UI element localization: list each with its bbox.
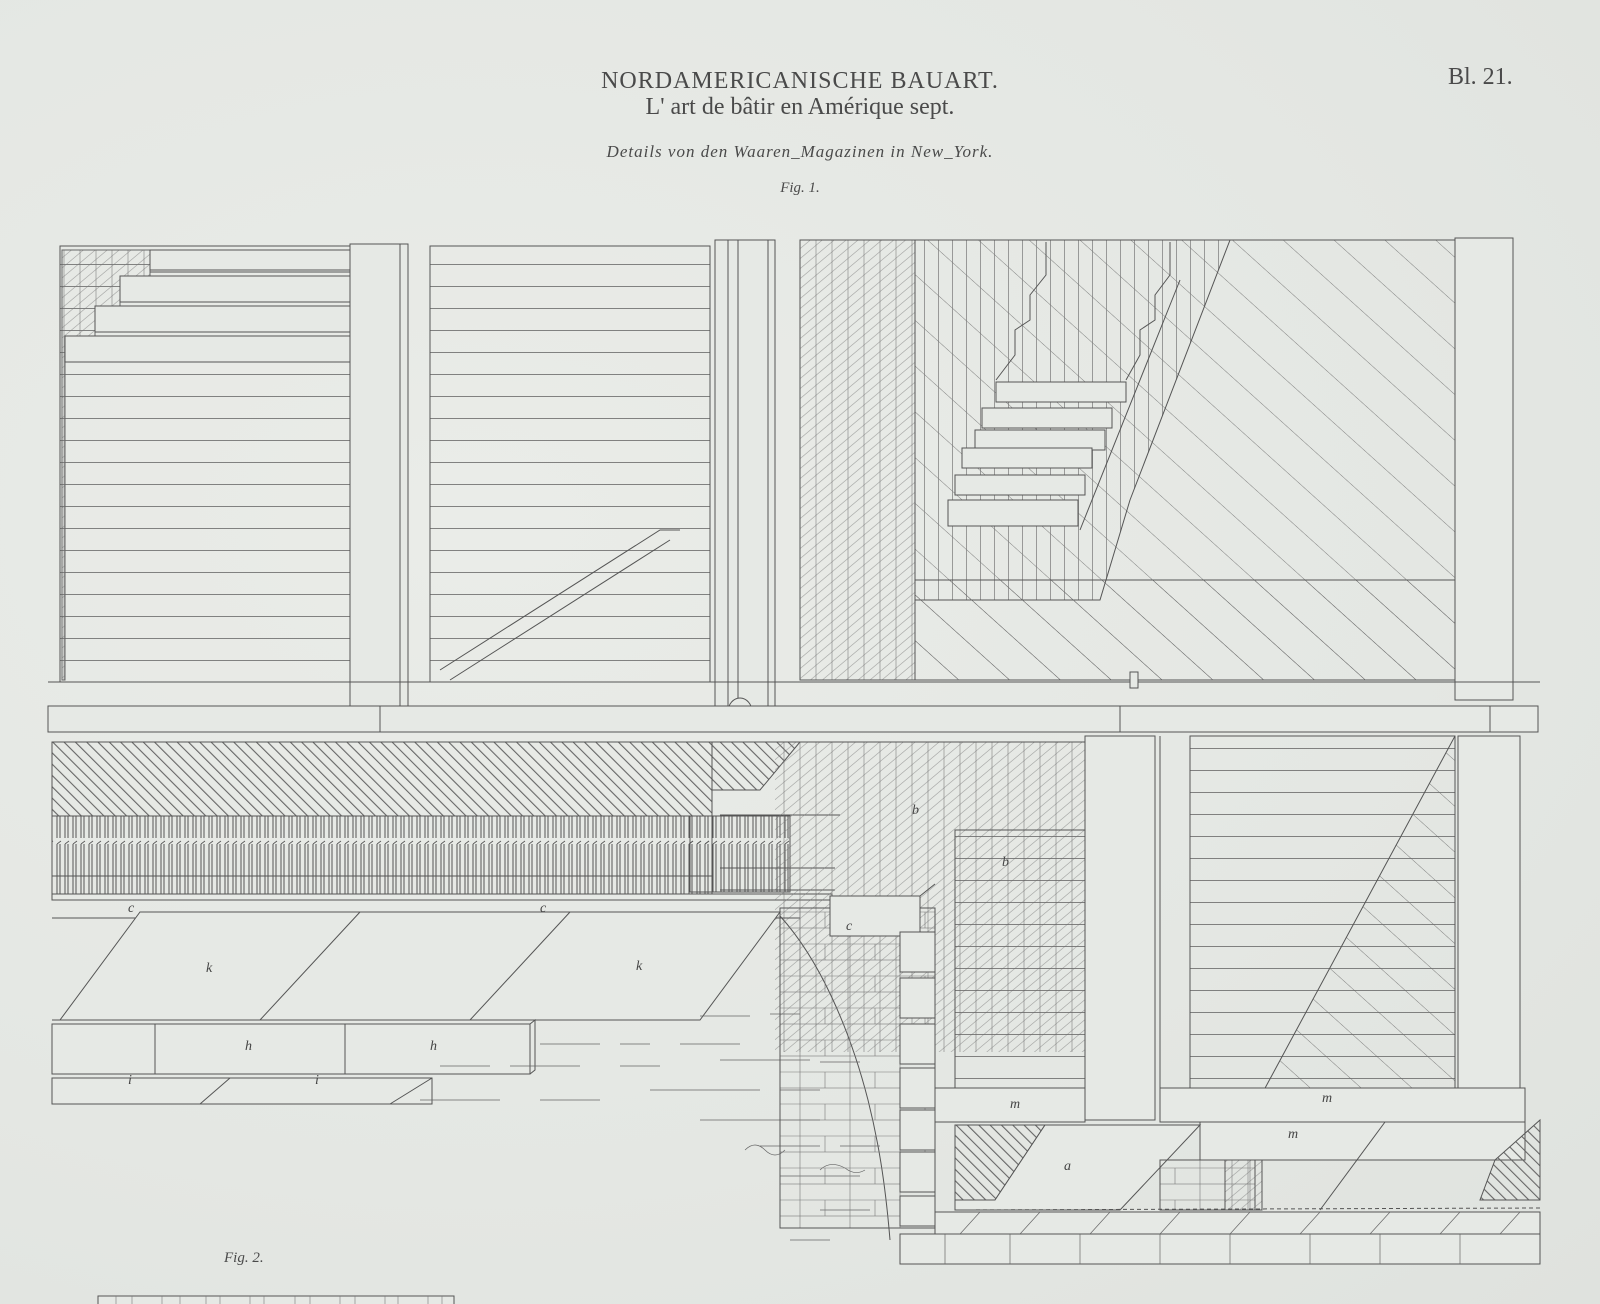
label-m: m (1010, 1097, 1020, 1112)
label-m: m (1288, 1127, 1298, 1142)
label-b: b (912, 803, 919, 818)
engraving-figure-1: c c c k k h h i i b b m m m a (0, 0, 1600, 1304)
label-i: i (128, 1073, 132, 1088)
label-k: k (636, 959, 643, 974)
label-m: m (1322, 1091, 1332, 1106)
label-k: k (206, 961, 213, 976)
label-i: i (315, 1073, 319, 1088)
label-c: c (540, 901, 547, 916)
label-b: b (1002, 855, 1009, 870)
label-c: c (846, 919, 853, 934)
label-a: a (1064, 1159, 1071, 1174)
label-h: h (430, 1039, 437, 1054)
label-c: c (128, 901, 135, 916)
label-h: h (245, 1039, 252, 1054)
